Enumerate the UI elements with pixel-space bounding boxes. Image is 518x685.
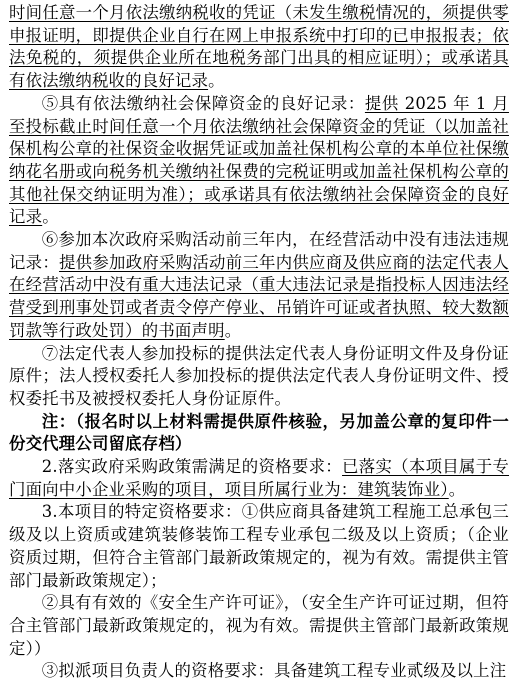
plain-text: 。 xyxy=(208,71,225,90)
plain-text: ⑤具有依法缴纳社会保障资金的良好记录： xyxy=(42,94,365,113)
plain-text: ⑦法定代表人参加投标的提供法定代表人身份证明文件及身份证原件；法人授权委托人参加… xyxy=(9,344,509,408)
paragraph-item-3-2-safety-license: ②具有有效的《安全生产许可证》，（安全生产许可证过期，但符合主管部门最新政策规定… xyxy=(9,592,509,660)
plain-text: ②具有有效的《安全生产许可证》，（安全生产许可证过期，但符合主管部门最新政策规定… xyxy=(9,593,509,657)
plain-text: 。 xyxy=(42,207,59,226)
document-page: 时间任意一个月依法缴纳税收的凭证（未发生缴税情况的，须提供零申报证明，即提供企业… xyxy=(0,0,518,685)
plain-text: ③拟派项目负责人的资格要求：具备建筑工程专业贰级及以上注 xyxy=(42,661,507,680)
plain-text: 2.落实政府采购政策需满足的资格要求： xyxy=(42,457,342,476)
underlined-text: 提供 2025 年 1 月至投标截止时间任意一个月依法缴纳社会保障资金的凭证（以… xyxy=(9,94,509,227)
paragraph-item-3-3-project-manager: ③拟派项目负责人的资格要求：具备建筑工程专业贰级及以上注 xyxy=(9,660,509,683)
paragraph-item-3-specific-qualifications: 3.本项目的特定资格要求：①供应商具备建筑工程施工总承包三级及以上资质或建筑装修… xyxy=(9,501,509,592)
underlined-text: 提供参加政府采购活动前三年内供应商及供应商的法定代表人在经营活动中没有重大违法记… xyxy=(9,253,509,340)
paragraph-item-6-no-violation-record: ⑥参加本次政府采购活动前三年内，在经营活动中没有违法违规记录：提供参加政府采购活… xyxy=(9,229,509,343)
plain-text: 。 xyxy=(449,480,466,499)
plain-text: 。 xyxy=(225,321,242,340)
paragraph-item-5-social-security: ⑤具有依法缴纳社会保障资金的良好记录：提供 2025 年 1 月至投标截止时间任… xyxy=(9,93,509,229)
paragraph-item-7-legal-representative: ⑦法定代表人参加投标的提供法定代表人身份证明文件及身份证原件；法人授权委托人参加… xyxy=(9,343,509,411)
paragraph-tax-record-continuation: 时间任意一个月依法缴纳税收的凭证（未发生缴税情况的，须提供零申报证明，即提供企业… xyxy=(9,2,509,93)
paragraph-note-original-verification: 注：（报名时以上材料需提供原件核验，另加盖公章的复印件一份交代理公司留底存档） xyxy=(9,411,509,456)
paragraph-item-2-policy-requirements: 2.落实政府采购政策需满足的资格要求：已落实（本项目属于专门面向中小企业采购的项… xyxy=(9,456,509,501)
plain-text: 3.本项目的特定资格要求：①供应商具备建筑工程施工总承包三级及以上资质或建筑装修… xyxy=(9,502,509,589)
bold-note-text: 注：（报名时以上材料需提供原件核验，另加盖公章的复印件一份交代理公司留底存档） xyxy=(9,412,509,454)
underlined-text: 时间任意一个月依法缴纳税收的凭证（未发生缴税情况的，须提供零申报证明，即提供企业… xyxy=(9,3,509,90)
